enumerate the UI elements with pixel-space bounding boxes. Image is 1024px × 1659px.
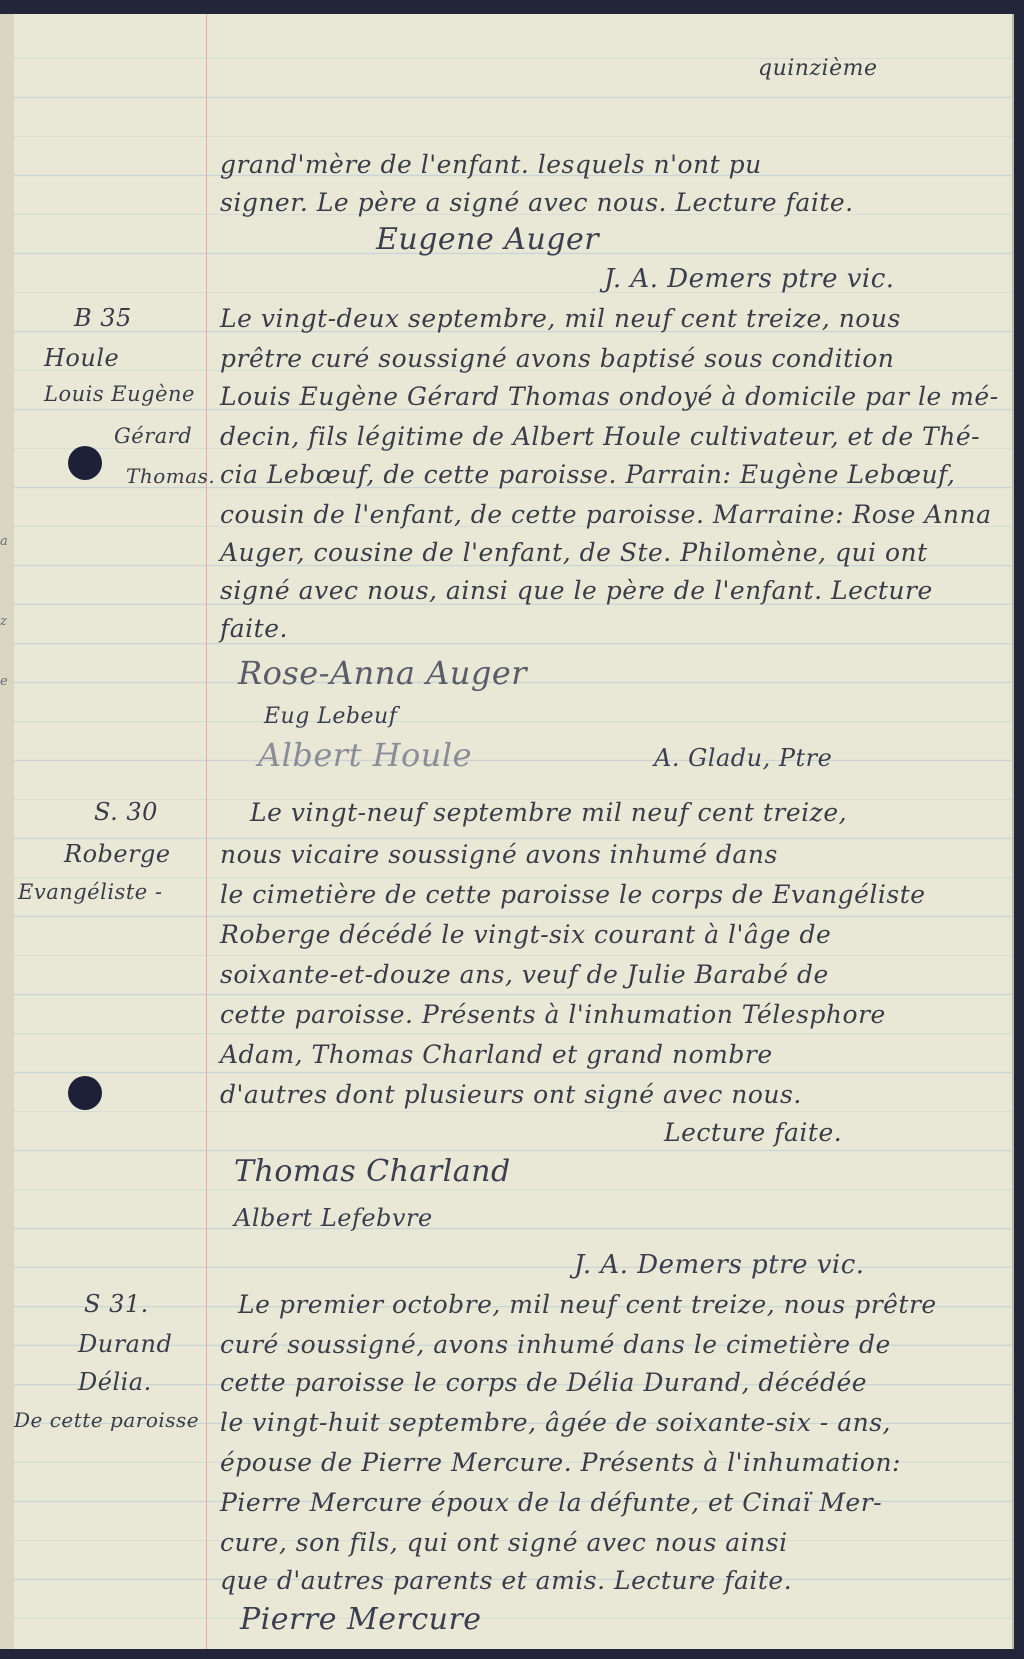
entry-line: faite. (220, 614, 288, 643)
entry-line: Pierre Mercure époux de la défunte, et C… (220, 1488, 882, 1517)
entry-line: le cimetière de cette paroisse le corps … (220, 880, 926, 909)
signature: Eug Lebeuf (264, 704, 397, 729)
entry-line: que d'autres parents et amis. Lecture fa… (220, 1566, 792, 1595)
register-code: S 31. (84, 1290, 149, 1318)
signature: A. Gladu, Ptre (654, 744, 832, 772)
signature: Thomas Charland (234, 1154, 511, 1189)
entry-line: Le vingt-neuf septembre mil neuf cent tr… (250, 798, 847, 827)
entry-line: cette paroisse le corps de Délia Durand,… (220, 1368, 867, 1397)
entry-line: d'autres dont plusieurs ont signé avec n… (220, 1080, 802, 1109)
page-header: quinzième (758, 56, 877, 81)
margin-name: Thomas. (126, 464, 215, 488)
entry-line: decin, fils légitime de Albert Houle cul… (220, 422, 980, 451)
margin-name: Roberge (64, 840, 171, 868)
signature: Albert Houle (258, 736, 472, 774)
signature: J. A. Demers ptre vic. (604, 264, 895, 294)
punch-hole (68, 446, 102, 480)
margin-name: Evangéliste - (18, 880, 162, 904)
margin-name: Durand (78, 1330, 172, 1358)
margin-rule (206, 14, 207, 1649)
entry-line: Roberge décédé le vingt-six courant à l'… (220, 920, 831, 949)
entry-line: Adam, Thomas Charland et grand nombre (220, 1040, 773, 1069)
punch-hole (68, 1076, 102, 1110)
signature: J. A. Demers ptre vic. (574, 1250, 865, 1280)
left-page-mark: z (0, 614, 7, 629)
entry-line: soixante-et-douze ans, veuf de Julie Bar… (220, 960, 829, 989)
signature: Eugene Auger (376, 222, 599, 257)
register-code: B 35 (74, 304, 132, 332)
continuation-line: grand'mère de l'enfant. lesquels n'ont p… (220, 150, 762, 179)
entry-line: cousin de l'enfant, de cette paroisse. M… (220, 500, 992, 529)
register-code: S. 30 (94, 798, 158, 826)
entry-line: signé avec nous, ainsi que le père de l'… (220, 576, 933, 605)
signature: Albert Lefebvre (234, 1204, 433, 1232)
continuation-line: signer. Le père a signé avec nous. Lectu… (220, 188, 854, 217)
margin-name: Louis Eugène (44, 382, 195, 406)
entry-line: prêtre curé soussigné avons baptisé sous… (220, 344, 894, 373)
entry-closing: Lecture faite. (664, 1118, 842, 1147)
entry-line: Le vingt-deux septembre, mil neuf cent t… (220, 304, 901, 333)
register-page: quinzième grand'mère de l'enfant. lesque… (14, 14, 1014, 1649)
entry-line: cure, son fils, qui ont signé avec nous … (220, 1528, 788, 1557)
entry-line: cia Lebœuf, de cette paroisse. Parrain: … (220, 460, 955, 489)
margin-name: De cette paroisse (14, 1408, 199, 1432)
margin-name: Délia. (78, 1368, 152, 1396)
signature: Pierre Mercure (240, 1602, 482, 1637)
entry-line: nous vicaire soussigné avons inhumé dans (220, 840, 778, 869)
entry-line: Le premier octobre, mil neuf cent treize… (238, 1290, 937, 1319)
entry-line: cette paroisse. Présents à l'inhumation … (220, 1000, 886, 1029)
entry-line: Auger, cousine de l'enfant, de Ste. Phil… (220, 538, 928, 567)
entry-line: épouse de Pierre Mercure. Présents à l'i… (220, 1448, 901, 1477)
margin-name: Houle (44, 344, 119, 372)
margin-name: Gérard (114, 424, 192, 448)
left-page-mark: a (0, 534, 8, 549)
entry-line: Louis Eugène Gérard Thomas ondoyé à domi… (220, 382, 999, 411)
left-page-mark: e (0, 674, 8, 689)
signature: Rose-Anna Auger (238, 654, 527, 692)
entry-line: le vingt-huit septembre, âgée de soixant… (220, 1408, 891, 1437)
entry-line: curé soussigné, avons inhumé dans le cim… (220, 1330, 891, 1359)
